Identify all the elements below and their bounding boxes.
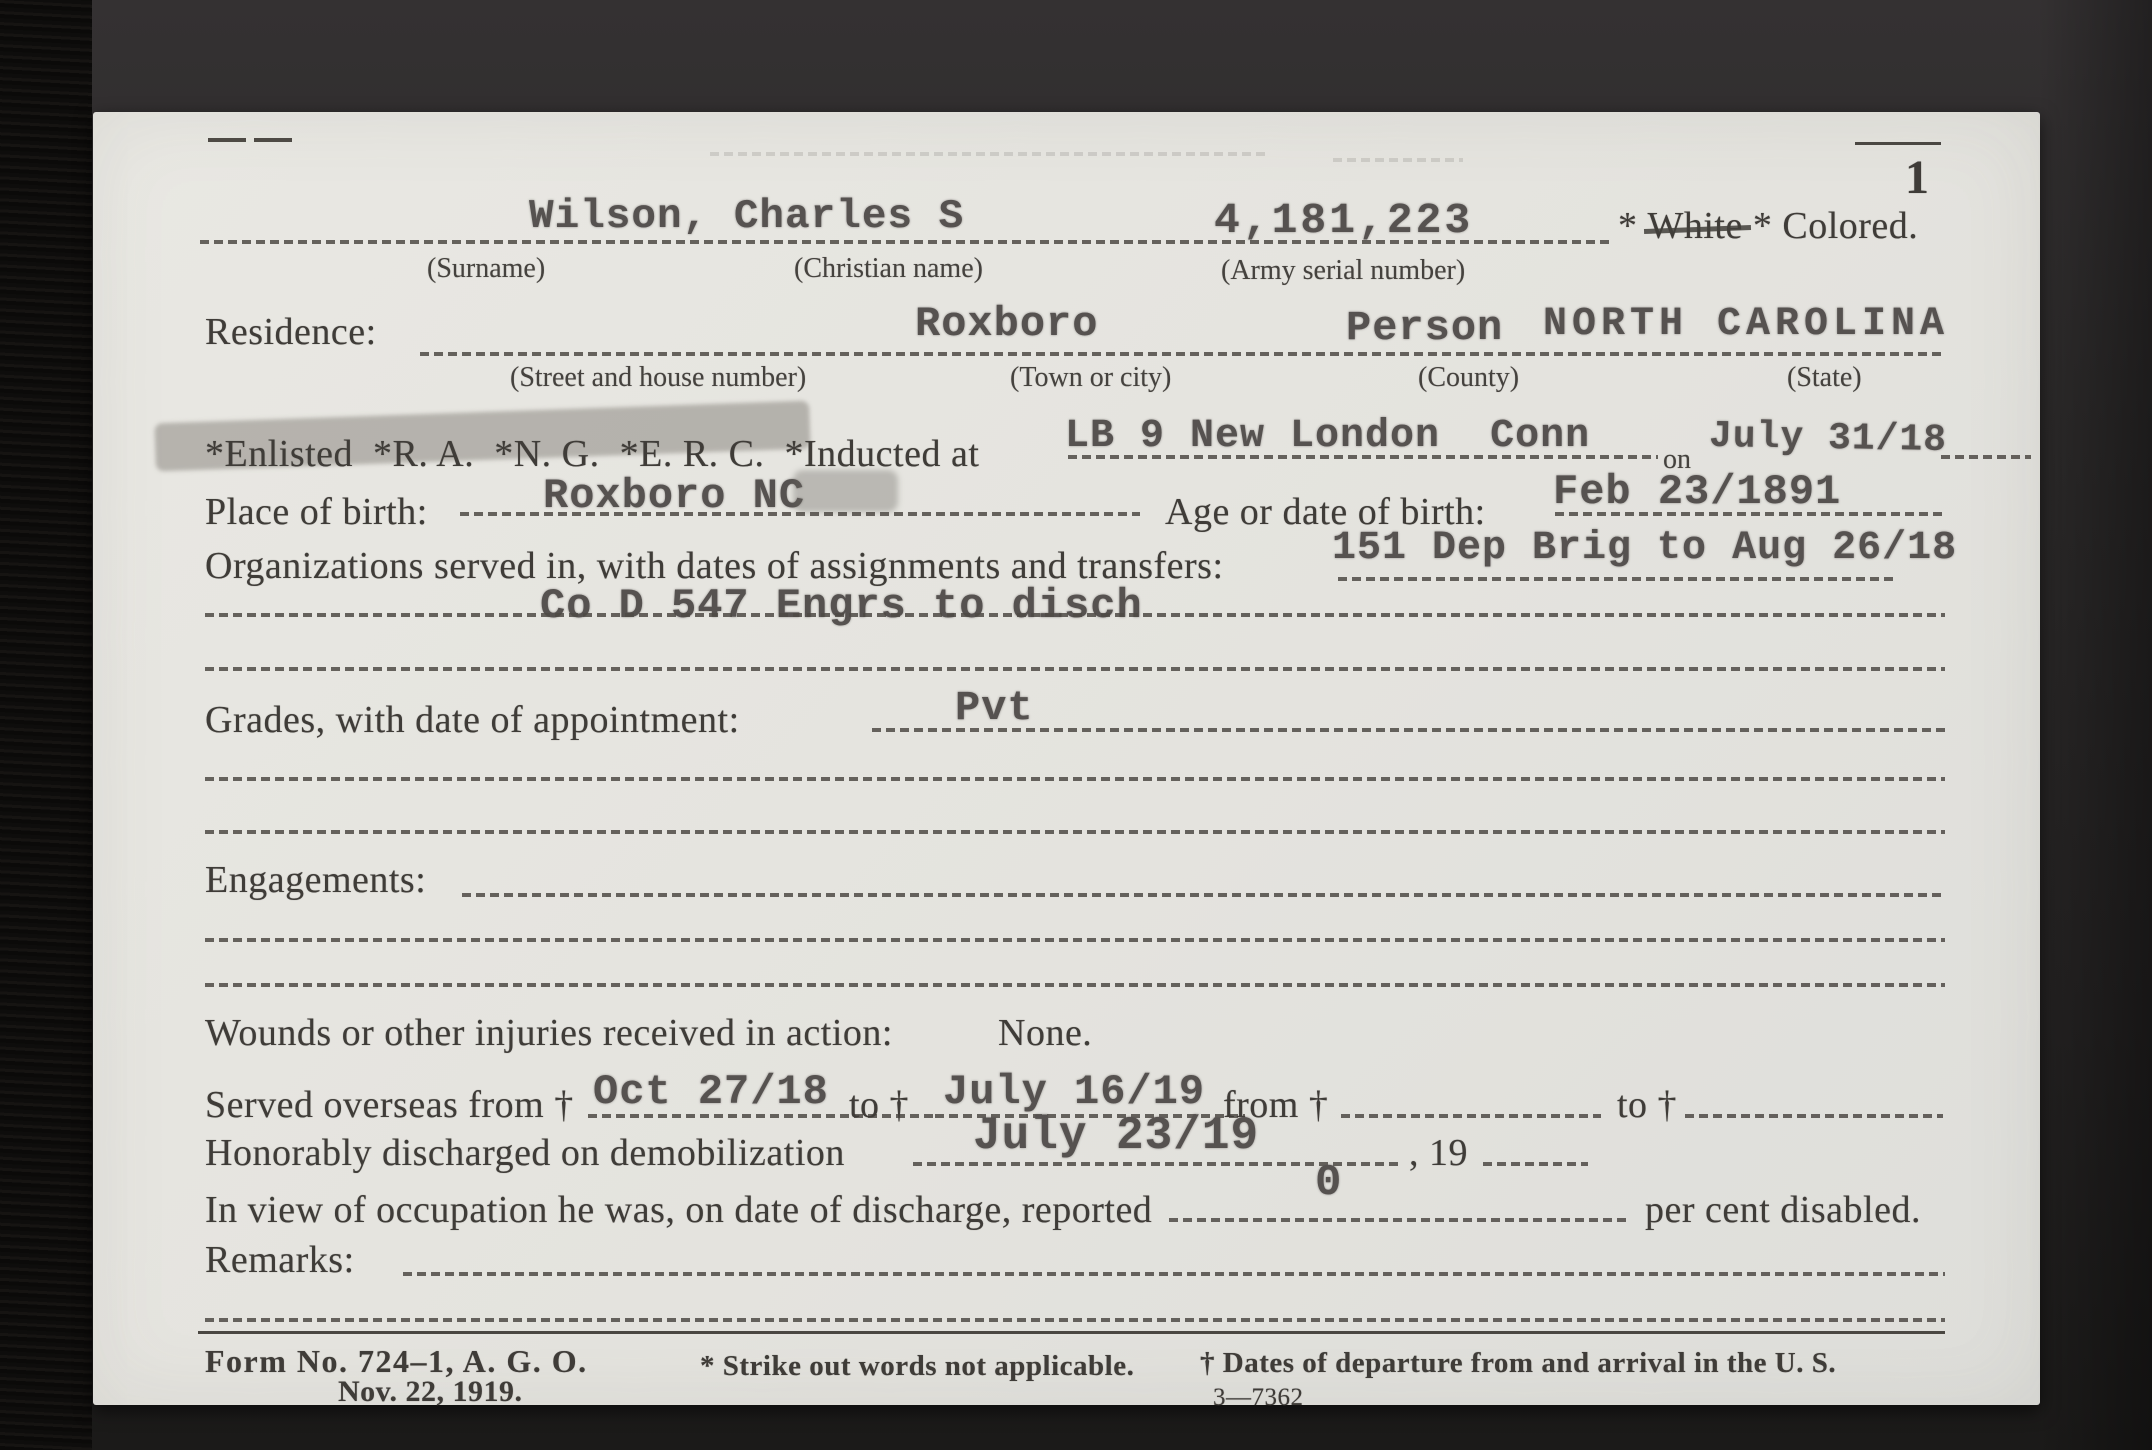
bottom-solid-rule — [198, 1331, 1945, 1334]
grades-value: Pvt — [955, 684, 1034, 732]
page-number-rule — [1855, 142, 1941, 145]
inducted-date-value: July 31/18 — [1709, 415, 1948, 462]
scanned-page: 1 Wilson, Charles S 4,181,223 * White * … — [0, 0, 2152, 1450]
street-label: (Street and house number) — [510, 362, 806, 394]
surname-christian-value: Wilson, Charles S — [529, 194, 964, 240]
blank-rule — [205, 983, 1945, 987]
scanner-shadow — [2037, 0, 2152, 1450]
birth-date-rule — [1555, 512, 1945, 516]
footnote-departure-dates: † Dates of departure from and arrival in… — [1200, 1347, 1836, 1380]
ink-smudge — [793, 470, 898, 512]
organizations-line2-value: Co D 547 Engrs to disch — [540, 582, 1143, 630]
wounds-value: None. — [998, 1011, 1092, 1055]
residence-state-value: NORTH CAROLINA — [1543, 302, 1949, 347]
engagements-label: Engagements: — [205, 858, 426, 902]
occupation-rule — [1169, 1218, 1629, 1222]
footnote-strike-out: * Strike out words not applicable. — [700, 1350, 1134, 1383]
form-date: Nov. 22, 1919. — [338, 1375, 523, 1409]
engagements-rule — [462, 893, 1945, 897]
christian-name-label: (Christian name) — [794, 253, 983, 285]
serial-number-label: (Army serial number) — [1221, 255, 1465, 287]
residence-county-value: Person — [1346, 304, 1503, 352]
ghost-marks — [1333, 158, 1463, 162]
birth-place-label: Place of birth: — [205, 490, 428, 534]
race-white-label: White — [1648, 204, 1743, 248]
overseas-date2-value: July 16/19 — [943, 1068, 1205, 1116]
birth-date-value: Feb 23/1891 — [1553, 468, 1841, 516]
blank-rule — [205, 667, 1945, 671]
inducted-place-value: LB 9 New London Conn — [1065, 414, 1590, 459]
overseas-to1-label: to † — [849, 1083, 909, 1127]
occupation-suffix-label: per cent disabled. — [1645, 1188, 1921, 1232]
grades-rule — [872, 728, 1945, 732]
organizations-line1-rule — [1338, 577, 1898, 581]
wounds-label: Wounds or other injuries received in act… — [205, 1011, 893, 1055]
print-code: 3—7362 — [1213, 1384, 1304, 1412]
residence-town-value: Roxboro — [915, 300, 1098, 348]
inducted-date-rule — [1941, 455, 2031, 459]
residence-rule — [420, 352, 1945, 356]
remarks-label: Remarks: — [205, 1238, 355, 1282]
army-serial-value: 4,181,223 — [1214, 196, 1473, 245]
organizations-line2-rule — [205, 613, 1945, 617]
organizations-line1-value: 151 Dep Brig to Aug 26/18 — [1332, 526, 1957, 571]
occupation-label: In view of occupation he was, on date of… — [205, 1188, 1152, 1232]
blank-rule — [205, 938, 1945, 942]
discharge-date-value: July 23/19 — [973, 1110, 1259, 1162]
discharge-year-rule — [1483, 1162, 1588, 1166]
scanner-film-edge — [0, 0, 92, 1450]
bottom-dashed-rule — [205, 1318, 1945, 1322]
county-label: (County) — [1418, 362, 1519, 394]
name-rule — [200, 240, 1612, 244]
surname-label: (Surname) — [427, 253, 545, 285]
blank-rule — [205, 777, 1945, 781]
overseas-blank2-rule — [1685, 1114, 1943, 1118]
race-selector: * White * Colored. — [1618, 204, 1918, 248]
disabled-percent-value: 0 — [1315, 1158, 1342, 1208]
record-card: 1 Wilson, Charles S 4,181,223 * White * … — [93, 112, 2040, 1405]
birth-place-rule — [460, 512, 1140, 516]
overseas-from1-label: Served overseas from † — [205, 1083, 574, 1127]
town-label: (Town or city) — [1010, 362, 1171, 394]
discharge-label: Honorably discharged on demobilization — [205, 1131, 845, 1175]
page-number: 1 — [1905, 150, 1930, 205]
state-label: (State) — [1787, 362, 1862, 394]
remarks-rule — [403, 1272, 1945, 1276]
blank-rule — [205, 830, 1945, 834]
residence-label: Residence: — [205, 310, 377, 354]
overseas-to2-label: to † — [1617, 1083, 1677, 1127]
overseas-blank1-rule — [1341, 1114, 1601, 1118]
top-corner-mark — [208, 138, 294, 142]
discharge-year-label: , 19 — [1409, 1131, 1468, 1175]
inducted-place-rule — [1068, 455, 1658, 459]
ghost-marks — [710, 152, 1270, 156]
race-star: * — [1618, 204, 1638, 248]
race-star: * — [1753, 204, 1773, 248]
grades-label: Grades, with date of appointment: — [205, 698, 740, 742]
race-colored-label: Colored. — [1782, 204, 1918, 248]
overseas-date1-value: Oct 27/18 — [593, 1068, 829, 1116]
